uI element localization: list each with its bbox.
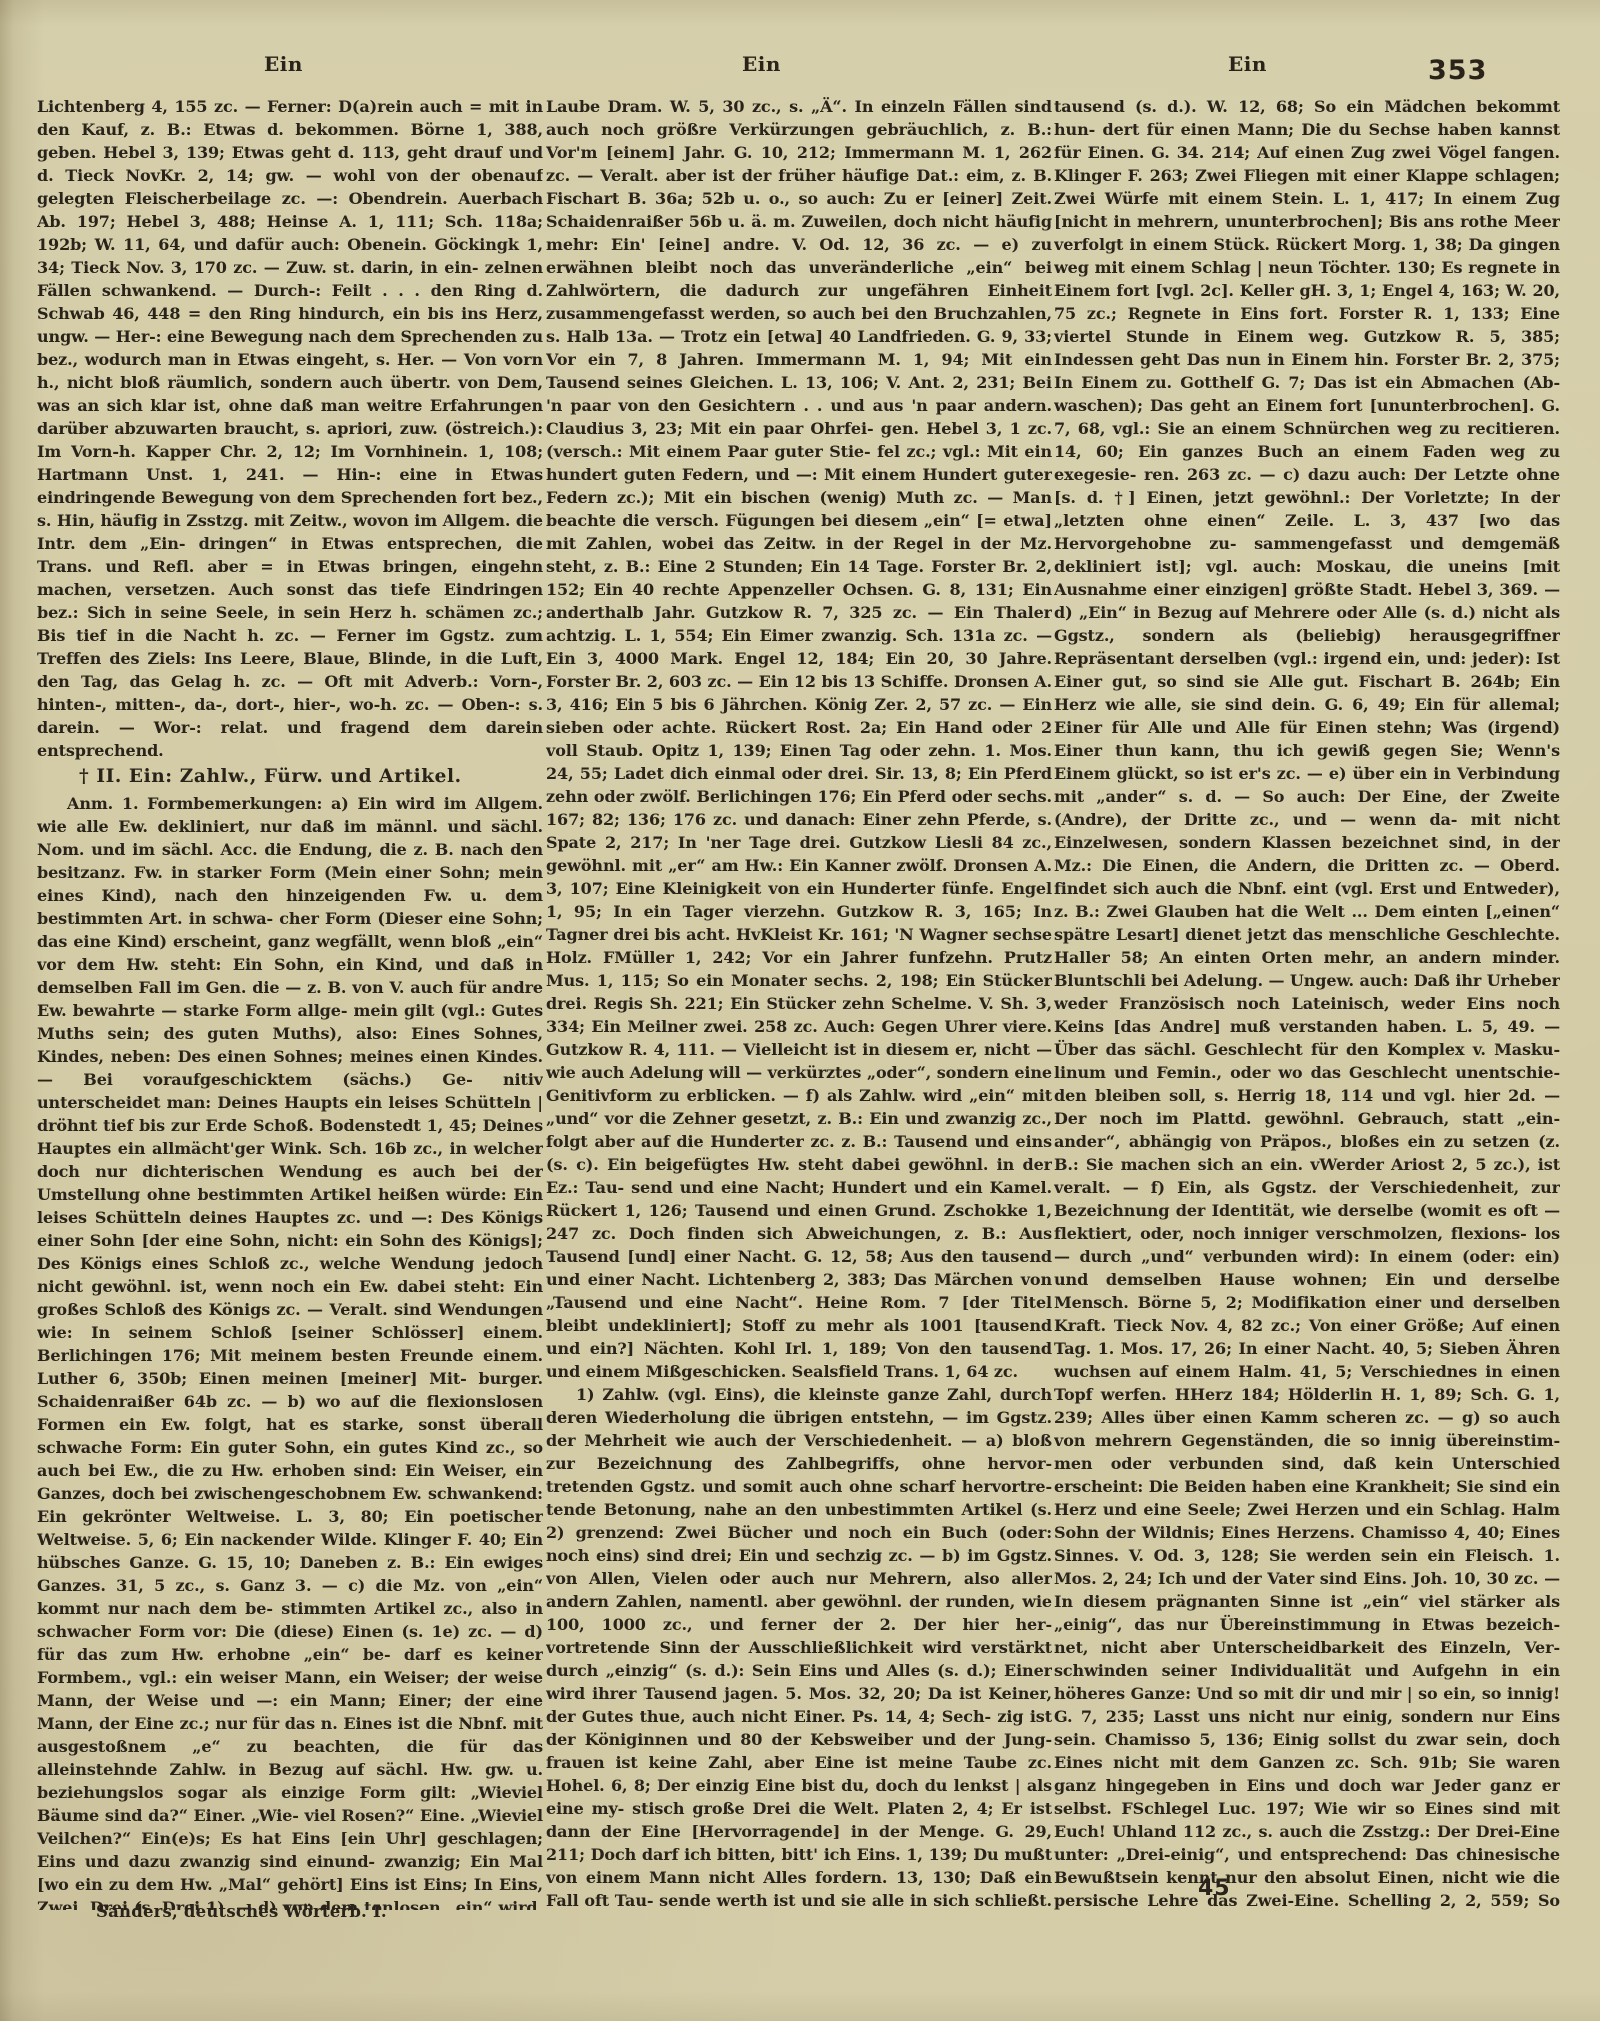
col1-section-heading: † II. Ein: Zahlw., Fürw. und Artikel. [37, 762, 543, 792]
sheet-signature-mark: 45 [1198, 1876, 1231, 1901]
col2-continuation-text: Laube Dram. W. 5, 30 zc., s. „Ä“. In ein… [546, 95, 1052, 1383]
page-number: 353 [1428, 55, 1487, 86]
col2-zahlw-section-text: 1) Zahlw. (vgl. Eins), die kleinste ganz… [546, 1383, 1052, 1910]
printer-footer: Sanders, deutsches Wörterb. I. [96, 1902, 387, 1921]
col3-continuation-text: tausend (s. d.). W. 12, 68; So ein Mädch… [1054, 95, 1560, 1910]
dictionary-page-scan: Ein Ein Ein 353 Lichtenberg 4, 155 zc. —… [0, 0, 1600, 2021]
running-head-column-1: Ein [264, 52, 303, 76]
text-column-3: tausend (s. d.). W. 12, 68; So ein Mädch… [1054, 95, 1560, 1910]
running-head-column-2: Ein [742, 52, 781, 76]
running-head-column-3: Ein [1228, 52, 1267, 76]
col1-continuation-text: Lichtenberg 4, 155 zc. — Ferner: D(a)rei… [37, 95, 543, 762]
text-column-1: Lichtenberg 4, 155 zc. — Ferner: D(a)rei… [37, 95, 543, 1910]
col1-anm1-text: Anm. 1. Formbemerkungen: a) Ein wird im … [37, 792, 543, 1910]
text-column-2: Laube Dram. W. 5, 30 zc., s. „Ä“. In ein… [546, 95, 1052, 1910]
